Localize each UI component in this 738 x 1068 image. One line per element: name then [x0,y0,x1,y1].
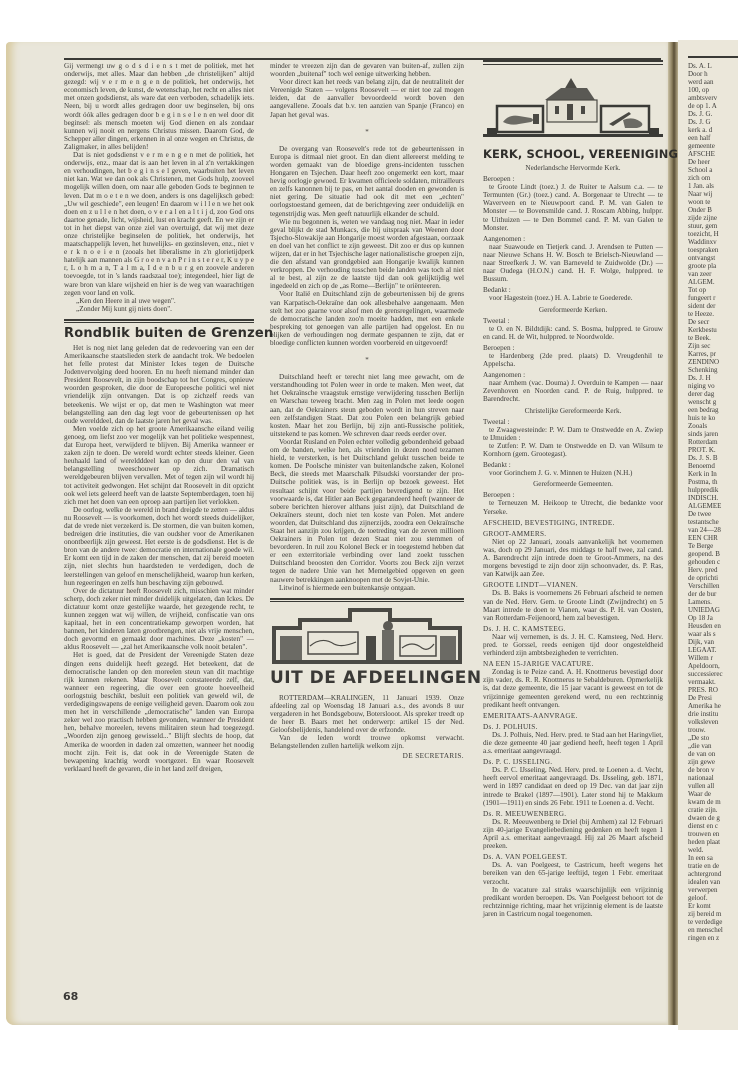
facing-page-line: te Heeze. [688,310,738,318]
news-entry: te Hardenberg (2de pred. plaats) D. Vreu… [483,352,663,368]
article-paragraph: Duitschland heeft er terecht niet lang m… [270,373,464,438]
scripture-quote: „Ken den Heere in al uwe wegen". [64,297,254,305]
facing-page-line: Herv. pred [688,566,738,574]
news-headline: Ds. J. POLHUIS. [483,723,663,731]
facing-page-line: Te Berge [688,542,738,550]
facing-page-line: Apeldoorn, [688,662,738,670]
news-paragraph: Ds. B. Baks is voornemens 26 Februari af… [483,589,663,621]
section-separator: * [270,356,464,364]
news-headline: GROOTE LINDT—VIANEN. [483,581,663,589]
facing-page-line: waar als s [688,630,738,638]
facing-page-line: Zooals [688,422,738,430]
news-category-label: Tweetal : [483,418,663,426]
facing-page-line: Waar de [688,790,738,798]
news-entry: te O. en N. Bildtdijk: cand. S. Bosma, h… [483,325,663,341]
section-rule [270,601,464,602]
facing-page-line: LEGAAT. [688,646,738,654]
section-rule [270,598,464,600]
facing-page-line: vermaakt. [688,678,738,686]
facing-page-line: zijde zijne [688,214,738,222]
facing-page-line: Schenking [688,366,738,374]
facing-page-line: Ds. A. L [688,62,738,70]
facing-page-line: Waddinxv [688,238,738,246]
facing-page-line: heden plaat [688,838,738,846]
facing-page-line: Ds. J. H [688,374,738,382]
facing-page-line: ambtsverv [688,94,738,102]
facing-page-line: testantsche [688,518,738,526]
section-title-kerk-school-vereeniging: KERK, SCHOOL, VEREENIGING [483,148,663,161]
church-news-list: Nederlandsche Hervormde Kerk.Beroepen :t… [483,164,663,918]
article-paragraph: Voordat Rusland en Polen echter volledig… [270,438,464,584]
facing-page-line: Benoemd [688,462,738,470]
facing-page-line: Postma, th [688,478,738,486]
news-paragraph: Ds. A. van Poelgeest, te Castricum, heef… [483,861,663,885]
column-2: minder te vreezen zijn dan de gevaren va… [270,62,464,760]
facing-page-line: dwaen de g [688,814,738,822]
news-entry: te Groote Lindt (toez.) J. de Ruiter te … [483,183,663,232]
facing-page-line: geopend. B [688,550,738,558]
facing-page-line: Willem r [688,654,738,662]
article-paragraph: Litwinof is hiermede een buitenkansje on… [270,584,464,592]
facing-page-line: de bron v [688,766,738,774]
facing-page-line: geloof. [688,894,738,902]
article-paragraph: Gij vermengt uw g o d s d i e n s t met … [64,62,254,151]
facing-page-line: vullen all [688,782,738,790]
facing-page-line: In een sa [688,854,738,862]
facing-page-line: wenscht g [688,398,738,406]
facing-page-line: ALGEM. [688,278,738,286]
news-paragraph: Naar wij vernemen, is ds. J. H. C. Kamst… [483,633,663,657]
church-denomination-heading: Nederlandsche Hervormde Kerk. [483,164,663,172]
signature: DE SECRETARIS. [270,752,464,760]
article-paragraph: Voor Italië en Duitschland zijn de gebeu… [270,290,464,347]
church-denomination-heading: Gereformeerde Kerken. [483,306,663,314]
facing-page-line: Er komt [688,902,738,910]
news-category-label: Aangenomen : [483,371,663,379]
facing-page-line: PRES. RO [688,686,738,694]
facing-page-line: Ds. J. G. [688,110,738,118]
facing-page-line: sident der [688,302,738,310]
facing-page-line: zijn gewe [688,758,738,766]
news-headline: Ds. J. H. C. KAMSTEEG. [483,625,663,633]
column-3: KERK, SCHOOL, VEREENIGING Nederlandsche … [483,60,663,918]
facing-page-line: 100, op [688,86,738,94]
facing-page-line: successierec [688,670,738,678]
facing-page-line: Naar wij [688,190,738,198]
facing-page-line: Ds. J. S. B [688,454,738,462]
section-rule [64,319,254,321]
facing-page-line: verwerpen [688,886,738,894]
facing-page-line: huis te ko [688,414,738,422]
facing-page-line: tratie en de [688,862,738,870]
facing-page: Ds. A. L Door hwerd aan100, opambtsvervd… [678,40,738,1030]
article-paragraph: Dat is niet godsdienst v e r m e n g e n… [64,151,254,297]
facing-page-line: cratie zijn. [688,806,738,814]
facing-page-line: gemeente [688,142,738,150]
scripture-quote: „Zonder Mij kunt gij niets doen". [64,305,254,313]
facing-page-line: groote pla [688,262,738,270]
news-headline: AFSCHEID, BEVESTIGING, INTREDE. [483,519,663,527]
facing-page-line: 1 Jan. als [688,182,738,190]
page-number: 68 [63,990,78,1003]
news-entry: voor Gorinchem J. G. v. Minnen te Huizen… [483,469,663,477]
facing-page-line: idealen van [688,878,738,886]
facing-page-line: een half [688,134,738,142]
facing-page-line: achtergrond [688,870,738,878]
news-headline: Ds. A. VAN POELGEEST. [483,853,663,861]
news-entry: naar Suawoude en Tietjerk cand. J. Arend… [483,243,663,283]
afdeelingen-illustration [270,606,464,666]
facing-page-line: werd aan [688,78,738,86]
facing-page-line: ZENDINO [688,358,738,366]
facing-page-line: kwam de m [688,798,738,806]
facing-page-line: niging vo [688,382,738,390]
facing-page-line: De twee [688,510,738,518]
facing-page-line: de op 1. A [688,102,738,110]
news-paragraph: Ds. J. Polhuis, Ned. Herv. pred. te Stad… [483,731,663,755]
column-1: Gij vermengt uw g o d s d i e n s t met … [64,62,254,773]
facing-page-line: stuur, gem [688,222,738,230]
facing-page-line: Lamens. [688,598,738,606]
facing-page-line: ringen en z [688,934,738,942]
facing-page-line: zich om [688,174,738,182]
news-paragraph: Ds. P. C. IJsseling, Ned. Herv. pred. te… [483,766,663,806]
news-category-label: Beroepen : [483,175,663,183]
facing-page-line: kerk a. d [688,126,738,134]
article-paragraph: Over de dictatuur heeft Roosevelt zich, … [64,587,254,652]
facing-page-line: Tot op [688,286,738,294]
facing-top-rule [688,56,738,58]
article-paragraph: Het is goed, dat de President der Vereen… [64,651,254,772]
facing-page-line: „die van [688,742,738,750]
announcement-paragraph: Van de leden wordt trouwe opkomst verwac… [270,734,464,750]
facing-page-line: te Beek. [688,334,738,342]
facing-page-line: zij bereid m [688,910,738,918]
facing-page-line: UNIEDAG [688,606,738,614]
facing-page-line: sinds jaren [688,430,738,438]
facing-page-line: AFSCHE [688,150,738,158]
facing-page-line: EEN CHR [688,534,738,542]
facing-page-line: De heer [688,158,738,166]
church-denomination-heading: Christelijke Gereformeerde Kerk. [483,407,663,415]
article-paragraph: minder te vreezen zijn dan de gevaren va… [270,62,464,78]
facing-page-line: Kerkbestu [688,326,738,334]
section-rule [64,322,254,323]
facing-page-line: een bedrag [688,406,738,414]
news-category-label: Beroepen : [483,344,663,352]
facing-page-line: der de bur [688,590,738,598]
article-paragraph: De oorlog, welke de wereld in brand drei… [64,506,254,587]
section-separator: * [270,128,464,136]
printing-press-illustration-icon [270,606,464,666]
news-category-label: Bedankt : [483,286,663,294]
facing-page-line: ALGEMEE [688,502,738,510]
facing-page-line: gehouden c [688,558,738,566]
article-paragraph: Men voelde zich op het groote Amerikaans… [64,425,254,506]
news-headline: Ds. P. C. IJSSELING. [483,758,663,766]
facing-page-line: de van on [688,750,738,758]
facing-page-line: ontvangst [688,254,738,262]
section-title-afdeelingen: UIT DE AFDEELINGEN [270,668,464,688]
facing-page-line: De secr [688,318,738,326]
news-headline: EMERITAATS-AANVRAGE. [483,712,663,720]
facing-page-line: en menschel [688,926,738,934]
facing-page-line: School a [688,166,738,174]
church-and-hands-illustration-icon [483,60,663,146]
facing-page-line: Door h [688,70,738,78]
church-denomination-heading: Gereformeerde Gemeenten. [483,480,663,488]
facing-page-line: derer dag [688,390,738,398]
book-gutter [668,42,678,1025]
facing-page-line: weld. [688,846,738,854]
facing-page-line: woon te [688,198,738,206]
news-headline: Ds. R. MEEUWENBERG. [483,810,663,818]
section-title-rondblik: Rondblik buiten de Grenzen [64,326,254,341]
facing-page-line: trouw. [688,726,738,734]
announcement-paragraph: ROTTERDAM—KRALINGEN, 11 Januari 1939. On… [270,694,464,734]
facing-page-line: trouwen en [688,830,738,838]
facing-page-line: Dijk, van [688,638,738,646]
news-headline: GROOT-AMMERS. [483,530,663,538]
facing-page-line: Rotterdam [688,438,738,446]
facing-page-line: volksleven [688,718,738,726]
facing-page-line: Zijn sec [688,342,738,350]
news-paragraph: Niet op 22 Januari, zooals aanvankelijk … [483,538,663,578]
news-headline: NA EEN 15-JARIGE VACATURE. [483,660,663,668]
facing-page-line: hulppredik [688,486,738,494]
news-entry: voor Hagestein (toez.) H. A. Labrie te G… [483,294,663,302]
facing-page-line: INDISCH. [688,494,738,502]
facing-page-line: PROT. K. [688,446,738,454]
news-paragraph: In de vacature zal straks waarschijnlijk… [483,886,663,918]
facing-page-line: „De sto [688,734,738,742]
article-paragraph: Wie nu begonnen is, weten we vandaag nog… [270,218,464,291]
facing-page-line: Verschillen [688,582,738,590]
news-category-label: Beroepen : [483,491,663,499]
facing-page-line: van 24—28 [688,526,738,534]
news-paragraph: Ds. R. Meeuwenberg te Driel (bij Arnhem)… [483,818,663,850]
article-paragraph: De overgang van Roosevelt's rede tot de … [270,145,464,218]
article-paragraph: Het is nog niet lang geleden dat de rede… [64,344,254,425]
facing-page-line: van zeer [688,270,738,278]
news-entry: te Terneuzen M. Heikoop te Utrecht, die … [483,499,663,515]
facing-page-line: nationaal [688,774,738,782]
news-entry: te Zutfen: P. W. Dam te Onstwedde en D. … [483,442,663,458]
news-category-label: Bedankt : [483,461,663,469]
facing-page-line: toezicht, H [688,230,738,238]
facing-page-line: Onder B [688,206,738,214]
news-category-label: Tweetal : [483,317,663,325]
facing-page-line: dienst en c [688,822,738,830]
news-entry: naar Arnhem (vac. Douma) J. Overduin te … [483,379,663,403]
kerk-school-illustration [483,60,663,146]
article-paragraph: Voor direct kan het reeds van belang zij… [270,78,464,118]
facing-page-line: Amerika he [688,702,738,710]
facing-page-line: Karres, pr [688,350,738,358]
facing-page-line: de oprichti [688,574,738,582]
facing-page-line: Heusden en [688,622,738,630]
facing-page-line: drie institu [688,710,738,718]
facing-page-line: De Presi [688,694,738,702]
facing-page-line: toespraken [688,246,738,254]
news-paragraph: Zondag is te Peize cand. A. H. Knottneru… [483,668,663,708]
news-entry: te Zwaagwesteinde: P. W. Dam te Onstwedd… [483,426,663,442]
facing-page-line: te verdedige [688,918,738,926]
news-category-label: Aangenomen : [483,235,663,243]
facing-page-line: Op 18 Ja [688,614,738,622]
facing-page-line: Kerk in In [688,470,738,478]
facing-page-line: fungeert r [688,294,738,302]
facing-page-column: Ds. A. L Door hwerd aan100, opambtsvervd… [688,62,738,942]
facing-page-line: Ds. J. G [688,118,738,126]
